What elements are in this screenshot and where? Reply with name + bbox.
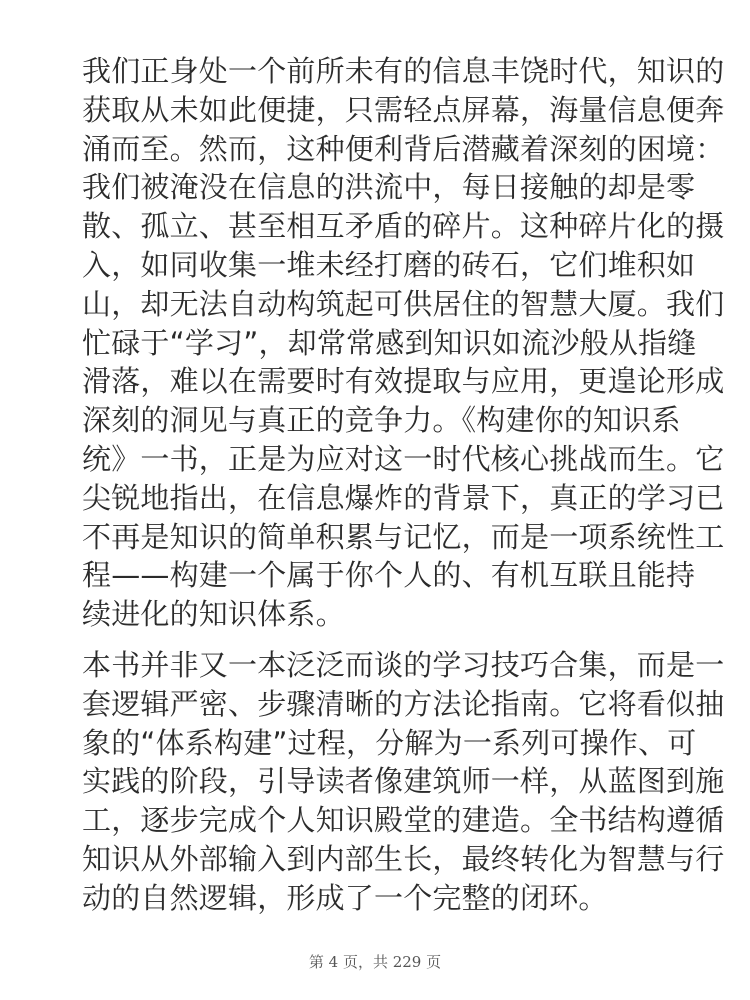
text-line: 动的自然逻辑，形成了一个完整的闭环。 [82, 879, 672, 918]
text-line: 统》一书，正是为应对这一时代核心挑战而生。它 [82, 440, 672, 479]
text-line: 获取从未如此便捷，只需轻点屏幕，海量信息便奔 [82, 91, 672, 130]
text-line: 山，却无法自动构筑起可供居住的智慧大厦。我们 [82, 285, 672, 324]
text-line: 程——构建一个属于你个人的、有机互联且能持 [82, 556, 672, 595]
text-line: 入，如同收集一堆未经打磨的砖石，它们堆积如 [82, 246, 672, 285]
text-line: 我们正身处一个前所未有的信息丰饶时代，知识的 [82, 52, 672, 91]
text-line: 滑落，难以在需要时有效提取与应用，更遑论形成 [82, 362, 672, 401]
text-line: 本书并非又一本泛泛而谈的学习技巧合集，而是一 [82, 646, 672, 685]
text-line: 知识从外部输入到内部生长，最终转化为智慧与行 [82, 840, 672, 879]
text-line: 套逻辑严密、步骤清晰的方法论指南。它将看似抽 [82, 685, 672, 724]
page-number-footer: 第 4 页，共 229 页 [0, 951, 750, 972]
paragraph-1: 我们正身处一个前所未有的信息丰饶时代，知识的获取从未如此便捷，只需轻点屏幕，海量… [82, 52, 672, 634]
text-line: 我们被淹没在信息的洪流中，每日接触的却是零 [82, 168, 672, 207]
text-line: 涌而至。然而，这种便利背后潜藏着深刻的困境： [82, 130, 672, 169]
text-line: 实践的阶段，引导读者像建筑师一样，从蓝图到施 [82, 762, 672, 801]
text-line: 深刻的洞见与真正的竞争力。《构建你的知识系 [82, 401, 672, 440]
text-line: 尖锐地指出，在信息爆炸的背景下，真正的学习已 [82, 479, 672, 518]
text-line: 散、孤立、甚至相互矛盾的碎片。这种碎片化的摄 [82, 207, 672, 246]
text-line: 工，逐步完成个人知识殿堂的建造。全书结构遵循 [82, 801, 672, 840]
text-line: 续进化的知识体系。 [82, 595, 672, 634]
document-page: 我们正身处一个前所未有的信息丰饶时代，知识的获取从未如此便捷，只需轻点屏幕，海量… [82, 52, 672, 918]
text-line: 象的“体系构建”过程，分解为一系列可操作、可 [82, 724, 672, 763]
paragraph-2: 本书并非又一本泛泛而谈的学习技巧合集，而是一套逻辑严密、步骤清晰的方法论指南。它… [82, 646, 672, 918]
text-line: 忙碌于“学习”，却常常感到知识如流沙般从指缝 [82, 324, 672, 363]
text-line: 不再是知识的简单积累与记忆，而是一项系统性工 [82, 518, 672, 557]
